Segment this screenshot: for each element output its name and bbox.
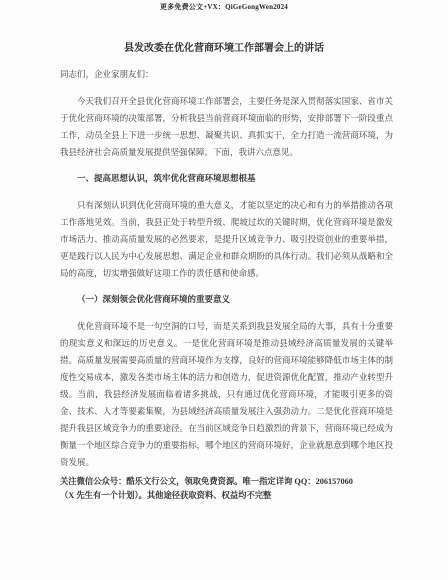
salutation: 同志们，企业家朋友们： [60,66,393,83]
promo-line-1: 关注微信公众号：酷乐文行公文，领取免费资源。唯一指定详询 QQ：20615706… [60,475,393,489]
intro-paragraph: 今天我们召开全县优化营商环境工作部署会，主要任务是深入贯彻落实国家、省市关于优化… [60,93,393,161]
promo-block: 关注微信公众号：酷乐文行公文，领取免费资源。唯一指定详询 QQ：20615706… [60,475,393,502]
document-body: 同志们，企业家朋友们： 今天我们召开全县优化营商环境工作部署会，主要任务是深入贯… [60,66,393,502]
subsection-1-paragraph: 优化营商环境不是一句空洞的口号，而是关系到我县发展全局的大事，具有十分重要的现实… [60,318,393,471]
document-page: 更多免费公文+VX：QiGeGongWen2024 县发改委在优化营商环境工作部… [0,0,448,580]
section-1-heading: 一、提高思想认识，筑牢优化营商环境思想根基 [60,170,393,187]
document-title: 县发改委在优化营商环境工作部署会上的讲话 [0,42,448,55]
promo-line-2: （X 先生有一个计划）。其他途径获取资料、权益均不完整 [60,489,393,503]
header-note: 更多免费公文+VX：QiGeGongWen2024 [0,0,448,12]
section-1-paragraph: 只有深刻认识到优化营商环境的重大意义，才能以坚定的决心和有力的举措推动各项工作落… [60,197,393,282]
subsection-1-heading: （一）深刻领会优化营商环境的重要意义 [60,291,393,308]
